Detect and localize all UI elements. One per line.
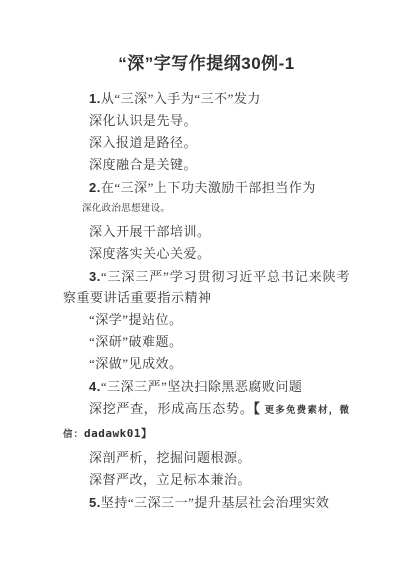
document-title: “深”字写作提纲30例-1 bbox=[63, 53, 350, 75]
heading-text: 从“三深”入手为“三不”发力 bbox=[101, 91, 261, 106]
heading-text: “三深三严”坚决扫除黑恶腐败问题 bbox=[101, 379, 303, 394]
paragraph: 深化认识是先导。 bbox=[63, 110, 350, 131]
paragraph: “深学”提站位。 bbox=[63, 309, 350, 330]
paragraph-text: 【 bbox=[253, 401, 264, 416]
paragraph: 深度融合是关键。 bbox=[63, 154, 350, 175]
outline-heading: 5.坚持“三深三一”提升基层社会治理实效 bbox=[63, 492, 350, 513]
heading-number: 5. bbox=[89, 495, 101, 510]
heading-number: 1. bbox=[89, 91, 101, 106]
document-body: 1.从“三深”入手为“三不”发力深化认识是先导。深入报道是路径。深度融合是关键。… bbox=[63, 88, 350, 513]
heading-number: 4. bbox=[89, 379, 101, 394]
paragraph: “深研”破难题。 bbox=[63, 331, 350, 352]
outline-heading: 3.“三深三严”学习贯彻习近平总书记来陕考察重要讲话重要指示精神 bbox=[63, 266, 350, 308]
heading-text: “三深三严”学习贯彻习近平总书记来陕考察重要讲话重要指示精神 bbox=[63, 269, 350, 305]
wechat-id-text: dadawk01】 bbox=[84, 427, 152, 440]
outline-heading: 2.在“三深”上下功夫激励干部担当作为 bbox=[63, 177, 350, 198]
paragraph: 深度落实关心关爱。 bbox=[63, 243, 350, 264]
paragraph: 深入开展干部培训。 bbox=[63, 221, 350, 242]
heading-number: 3. bbox=[89, 269, 101, 284]
heading-text: 在“三深”上下功夫激励干部担当作为 bbox=[101, 180, 316, 195]
paragraph: 深督严改，立足标本兼治。 bbox=[63, 469, 350, 490]
document-page: “深”字写作提纲30例-1 1.从“三深”入手为“三不”发力深化认识是先导。深入… bbox=[0, 0, 410, 580]
paragraph: “深做”见成效。 bbox=[63, 353, 350, 374]
heading-number: 2. bbox=[89, 180, 101, 195]
paragraph: 深剖严析，挖掘问题根源。 bbox=[63, 447, 350, 468]
paragraph: 深挖严查，形成高压态势。【 更多免费素材，微信：dadawk01】 bbox=[63, 398, 350, 446]
outline-heading: 4.“三深三严”坚决扫除黑恶腐败问题 bbox=[63, 376, 350, 397]
paragraph-text: 深挖严查，形成高压态势。 bbox=[89, 401, 253, 416]
paragraph: 深入报道是路径。 bbox=[63, 132, 350, 153]
outline-heading: 1.从“三深”入手为“三不”发力 bbox=[63, 88, 350, 109]
heading-text: 坚持“三深三一”提升基层社会治理实效 bbox=[101, 495, 330, 510]
paragraph: 深化政治思想建设。 bbox=[63, 199, 350, 220]
